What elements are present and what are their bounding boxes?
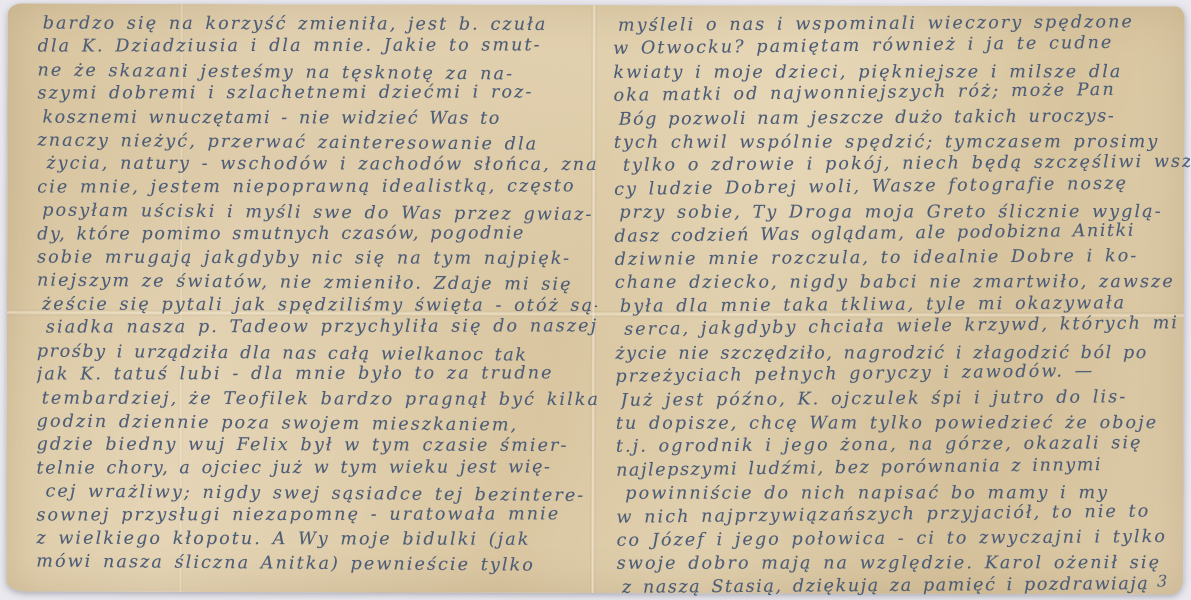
handwritten-line: szymi dobremi i szlachetnemi dziećmi i r… (38, 81, 598, 106)
handwritten-line: serca, jakgdyby chciała wiele krzywd, kt… (624, 312, 1191, 342)
handwritten-line: w Otwocku? pamiętam również i ja te cudn… (613, 31, 1189, 61)
handwritten-line: dla K. Dziadziusia i dla mnie. Jakie to … (38, 35, 598, 60)
handwritten-line: mówi nasza śliczna Anitka) pewnieście ty… (36, 551, 596, 579)
letter-page-left: bardzo się na korzyść zmieniła, jest b. … (36, 13, 597, 576)
handwritten-line: cie mnie, jestem niepoprawną idealistką,… (37, 175, 597, 200)
handwritten-line: godzin dziennie poza swojem mieszkaniem, (37, 410, 597, 438)
handwritten-line: kosznemi wnuczętami - nie widzieć Was to (42, 106, 597, 131)
handwritten-line: siadka nasza p. Tadeow przychyliła się d… (46, 316, 597, 341)
handwritten-line: co Józef i jego połowica - ci to zwyczaj… (617, 526, 1191, 553)
letter-sheet: bardzo się na korzyść zmieniła, jest b. … (6, 3, 1185, 594)
handwritten-line: z wielkiego kłopotu. A Wy moje bidulki (… (36, 527, 596, 552)
handwritten-line: Bóg pozwoli nam jeszcze dużo takich uroc… (619, 104, 1190, 131)
letter-page-right: myśleli o nas i wspominali wieczory spęd… (613, 11, 1191, 600)
handwritten-line: tembardziej, że Teofilek bardzo pragnął … (42, 387, 597, 412)
handwritten-line: sobie mrugają jakgdyby nic się na tym na… (37, 247, 597, 272)
handwritten-line: z naszą Stasią, dziękują za pamięć i poz… (622, 573, 1191, 600)
handwritten-line: sownej przysługi niezapomnę - uratowała … (36, 503, 596, 528)
handwritten-line: dy, które pomimo smutnych czasów, pogodn… (37, 222, 597, 247)
page-number: 3 (1157, 571, 1167, 590)
handwritten-line: tu dopisze, chcę Wam tylko powiedzieć że… (616, 412, 1191, 436)
handwritten-line: Już jest późno, K. ojczulek śpi i jutro … (621, 385, 1191, 412)
handwritten-line: chane dziecko, nigdy babci nie zmartwiło… (615, 271, 1191, 295)
handwritten-line: znaczy nieżyć, przerwać zainteresowanie … (37, 130, 597, 158)
handwritten-line: tych chwil wspólnie spędzić; tymczasem p… (614, 131, 1190, 155)
handwritten-line: jak K. tatuś lubi - dla mnie było to za … (37, 362, 597, 387)
letter-scan: bardzo się na korzyść zmieniła, jest b. … (0, 0, 1191, 600)
handwritten-line: swoje dobro mają na względzie. Karol oże… (617, 552, 1191, 576)
handwritten-line: telnie chory, a ojciec już w tym wieku j… (37, 456, 597, 481)
handwritten-line: dziwnie mnie rozczula, to idealnie Dobre… (615, 245, 1191, 272)
